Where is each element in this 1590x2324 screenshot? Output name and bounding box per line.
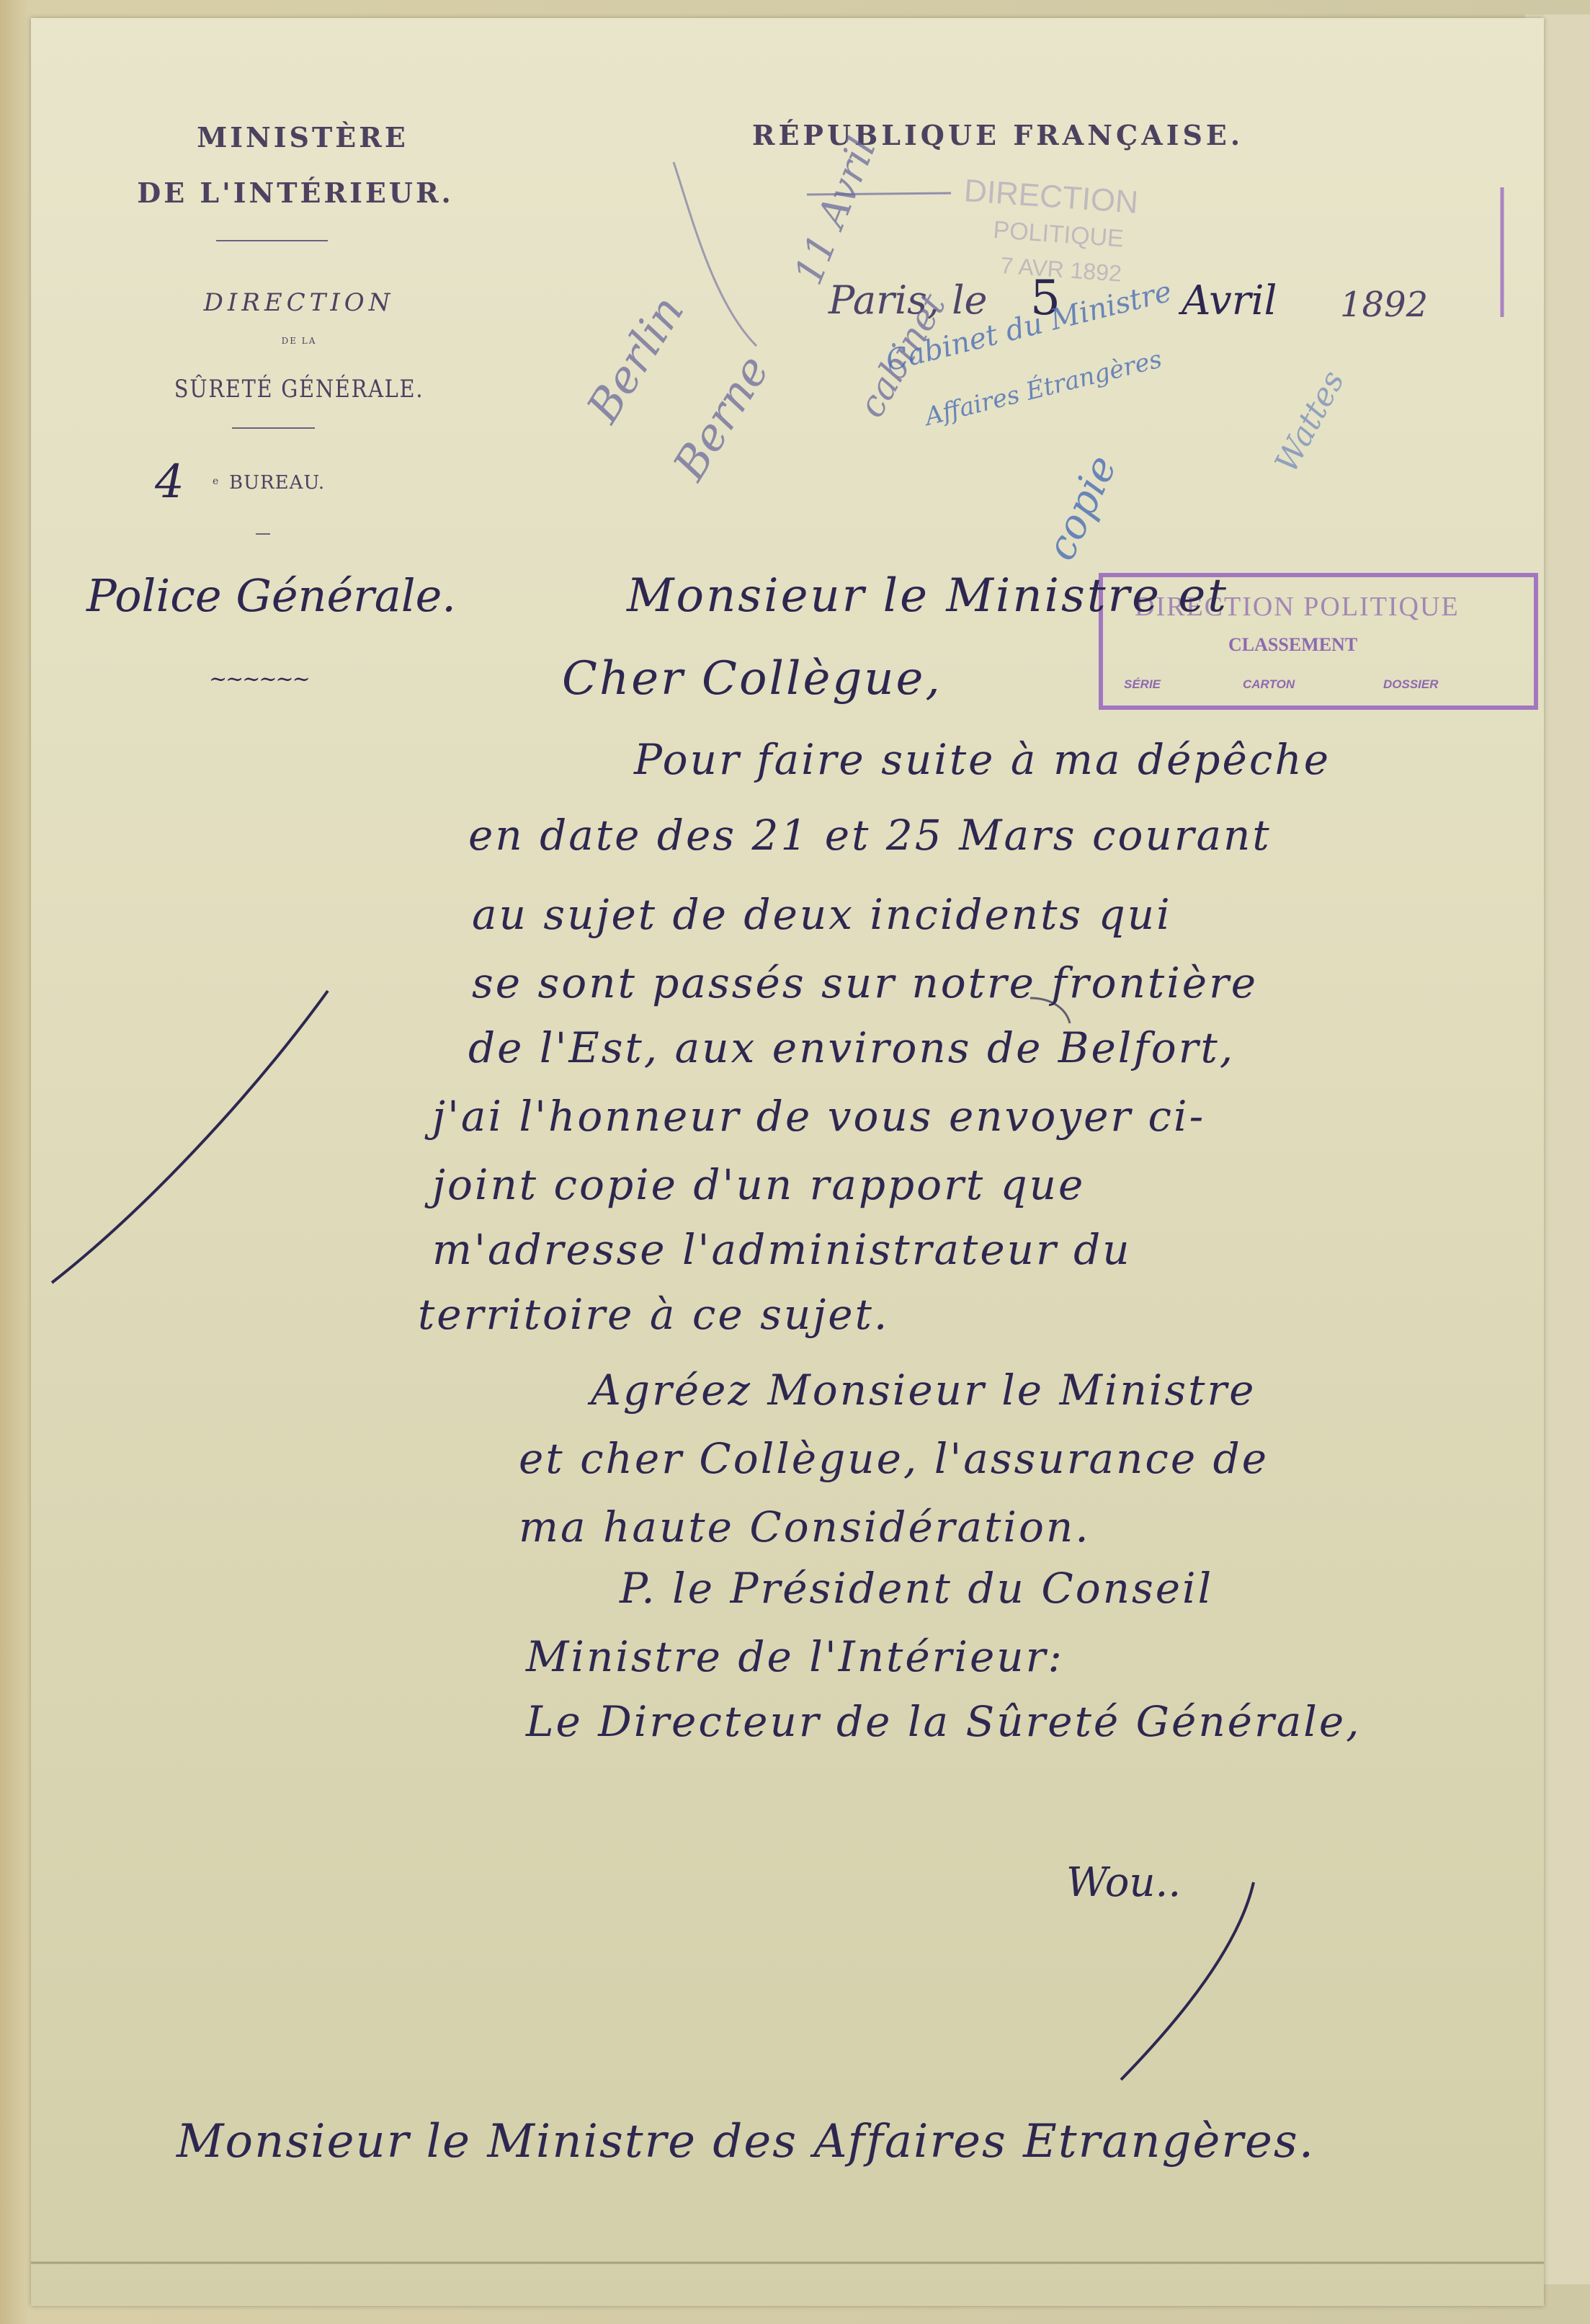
republic-header: RÉPUBLIQUE FRANÇAISE. xyxy=(710,119,1286,151)
body-line-3: au sujet de deux incidents qui xyxy=(472,890,1172,939)
body-line-6: j'ai l'honneur de vous envoyer ci- xyxy=(432,1092,1205,1141)
service-label: Police Générale. xyxy=(86,569,456,622)
signature-block-line-1: P. le Président du Conseil xyxy=(620,1564,1213,1613)
bureau-number: 4 xyxy=(155,455,184,509)
body-line-2: en date des 21 et 25 Mars courant xyxy=(468,811,1272,860)
bureau-suffix: e xyxy=(213,476,218,487)
body-line-5: de l'Est, aux environs de Belfort, xyxy=(468,1023,1235,1072)
body-line-4: se sont passés sur notre frontière xyxy=(472,958,1258,1007)
de-la-label: DE LA xyxy=(252,336,346,346)
date-year: 1892 xyxy=(1340,285,1428,325)
body-line-7: joint copie d'un rapport que xyxy=(432,1160,1085,1209)
surete-generale-label: SÛRETÉ GÉNÉRALE. xyxy=(155,375,443,404)
ministry-line2: DE L'INTÉRIEUR. xyxy=(115,177,475,209)
dash-rule xyxy=(256,533,270,535)
stamp-field-serie: SÉRIE xyxy=(1124,677,1161,692)
salutation-line2: Cher Collègue, xyxy=(562,652,942,705)
signature: Wou.. xyxy=(1066,1859,1181,1906)
date-month: Avril xyxy=(1182,277,1277,324)
stamp-subtitle: CLASSEMENT xyxy=(1228,634,1357,656)
salutation-line1: Monsieur le Ministre et xyxy=(627,569,1228,623)
closing-line-1: Agréez Monsieur le Ministre xyxy=(591,1366,1256,1415)
body-line-9: territoire à ce sujet. xyxy=(418,1290,889,1339)
bureau-label: BUREAU. xyxy=(229,472,325,494)
closing-line-2: et cher Collègue, l'assurance de xyxy=(519,1434,1269,1483)
signature-block-line-3: Le Directeur de la Sûreté Générale, xyxy=(526,1697,1362,1746)
ornament-rule-small xyxy=(232,427,315,429)
direction-label: DIRECTION xyxy=(180,288,418,317)
signature-block-line-2: Ministre de l'Intérieur: xyxy=(526,1632,1064,1681)
flourish: ~~~~~~ xyxy=(209,667,309,692)
ministry-line1: MINISTÈRE xyxy=(166,121,439,153)
addressee: Monsieur le Ministre des Affaires Etrang… xyxy=(177,2115,1315,2168)
ornament-rule xyxy=(216,240,328,241)
body-line-1: Pour faire suite à ma dépêche xyxy=(634,735,1331,784)
stamp-field-dossier: DOSSIER xyxy=(1383,677,1439,692)
stamp-field-carton: CARTON xyxy=(1243,677,1295,692)
body-line-8: m'adresse l'administrateur du xyxy=(432,1225,1132,1274)
closing-line-3: ma haute Considération. xyxy=(519,1502,1091,1551)
